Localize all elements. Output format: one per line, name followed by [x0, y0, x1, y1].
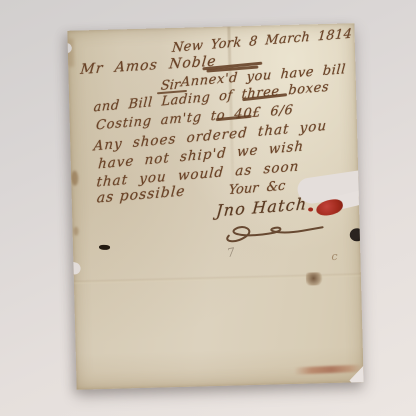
letter-dateline: New York 8 March 1814: [171, 28, 352, 55]
pencil-mark: 7: [226, 246, 236, 259]
black-edge-mark: [350, 228, 364, 241]
letter-paper: New York 8 March 1814 Mr Amos Noble Sir …: [67, 23, 363, 389]
brown-stain-blot: [306, 272, 323, 285]
photo-of-letter: New York 8 March 1814 Mr Amos Noble Sir …: [0, 0, 416, 416]
ink-blot: [99, 244, 110, 249]
red-stain-streak: [294, 365, 362, 375]
signature-flourish: [220, 219, 331, 244]
edge-stain: [73, 227, 78, 236]
edge-stain: [71, 171, 78, 186]
letter-closing: Your &c: [228, 180, 286, 198]
red-wax-speck: [308, 207, 313, 211]
edge-tear-nick: [69, 262, 82, 276]
letter-signature: Jno Hatch: [216, 196, 308, 219]
pencil-mark: c: [331, 251, 337, 262]
